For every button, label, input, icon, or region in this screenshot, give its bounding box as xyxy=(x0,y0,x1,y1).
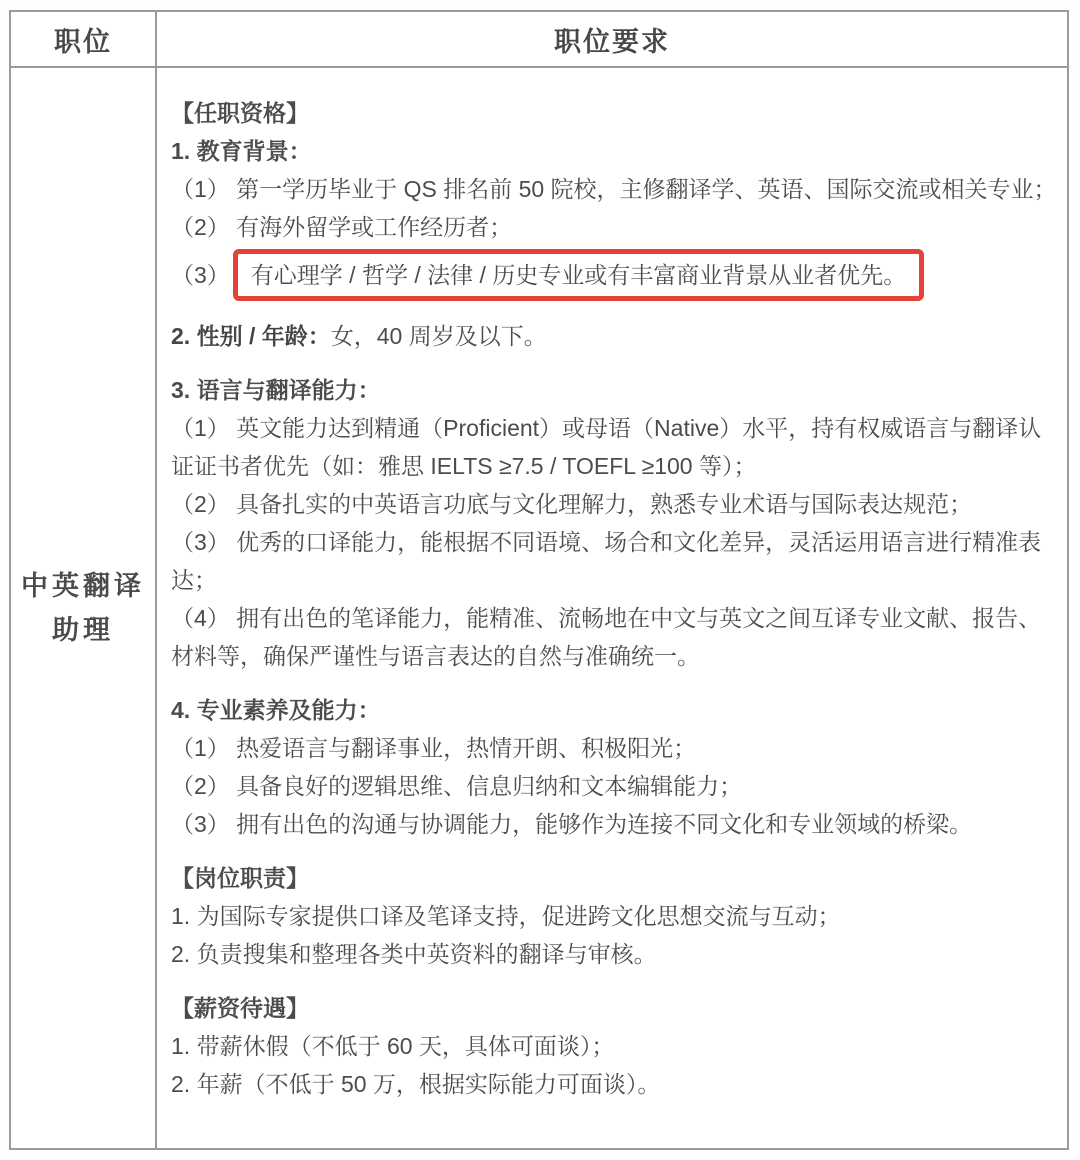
professional-subsection-title: 4. 专业素养及能力： xyxy=(171,691,1057,729)
salary-item-1: 1. 带薪休假（不低于 60 天，具体可面谈）； xyxy=(171,1027,1057,1065)
job-requirements-table: 职位 职位要求 中英翻译 助理 【任职资格】 1. 教育背景： （1） 第一学历… xyxy=(9,10,1069,1150)
salary-section-title: 【薪资待遇】 xyxy=(171,989,1057,1027)
language-item-4: （4） 拥有出色的笔译能力，能精准、流畅地在中文与英文之间互译专业文献、报告、材… xyxy=(171,599,1057,675)
gender-age-value: 女，40 周岁及以下。 xyxy=(331,323,547,349)
table-body-row: 中英翻译 助理 【任职资格】 1. 教育背景： （1） 第一学历毕业于 QS 排… xyxy=(10,67,1068,1149)
gender-age-label: 2. 性别 / 年龄： xyxy=(171,323,331,349)
column-header-requirements: 职位要求 xyxy=(156,11,1068,67)
gender-age-line: 2. 性别 / 年龄：女，40 周岁及以下。 xyxy=(171,317,1057,355)
education-item-3-prefix: （3） xyxy=(171,256,230,294)
education-subsection-title: 1. 教育背景： xyxy=(171,132,1057,170)
language-item-3: （3） 优秀的口译能力，能根据不同语境、场合和文化差异，灵活运用语言进行精准表达… xyxy=(171,523,1057,599)
position-name-line2: 助理 xyxy=(11,608,155,652)
job-posting-page: 职位 职位要求 中英翻译 助理 【任职资格】 1. 教育背景： （1） 第一学历… xyxy=(0,0,1080,1160)
column-header-position: 职位 xyxy=(10,11,156,67)
professional-item-1: （1） 热爱语言与翻译事业，热情开朗、积极阳光； xyxy=(171,729,1057,767)
professional-item-2: （2） 具备良好的逻辑思维、信息归纳和文本编辑能力； xyxy=(171,767,1057,805)
language-subsection-title: 3. 语言与翻译能力： xyxy=(171,371,1057,409)
qualifications-section-title: 【任职资格】 xyxy=(171,94,1057,132)
position-cell: 中英翻译 助理 xyxy=(10,67,156,1149)
duties-item-1: 1. 为国际专家提供口译及笔译支持，促进跨文化思想交流与互动； xyxy=(171,897,1057,935)
language-item-1: （1） 英文能力达到精通（Proficient）或母语（Native）水平，持有… xyxy=(171,409,1057,485)
requirements-cell: 【任职资格】 1. 教育背景： （1） 第一学历毕业于 QS 排名前 50 院校… xyxy=(156,67,1068,1149)
education-item-1: （1） 第一学历毕业于 QS 排名前 50 院校，主修翻译学、英语、国际交流或相… xyxy=(171,170,1057,208)
professional-item-3: （3） 拥有出色的沟通与协调能力，能够作为连接不同文化和专业领域的桥梁。 xyxy=(171,805,1057,843)
position-name-line1: 中英翻译 xyxy=(11,564,155,608)
highlighted-requirement-box: 有心理学 / 哲学 / 法律 / 历史专业或有丰富商业背景从业者优先。 xyxy=(233,249,925,301)
language-item-2: （2） 具备扎实的中英语言功底与文化理解力，熟悉专业术语与国际表达规范； xyxy=(171,485,1057,523)
education-item-2: （2） 有海外留学或工作经历者； xyxy=(171,208,1057,246)
education-item-3: （3） 有心理学 / 哲学 / 法律 / 历史专业或有丰富商业背景从业者优先。 xyxy=(171,249,1057,301)
duties-section-title: 【岗位职责】 xyxy=(171,859,1057,897)
position-name: 中英翻译 助理 xyxy=(11,564,155,652)
duties-item-2: 2. 负责搜集和整理各类中英资料的翻译与审核。 xyxy=(171,935,1057,973)
table-header-row: 职位 职位要求 xyxy=(10,11,1068,67)
salary-item-2: 2. 年薪（不低于 50 万，根据实际能力可面谈）。 xyxy=(171,1065,1057,1103)
